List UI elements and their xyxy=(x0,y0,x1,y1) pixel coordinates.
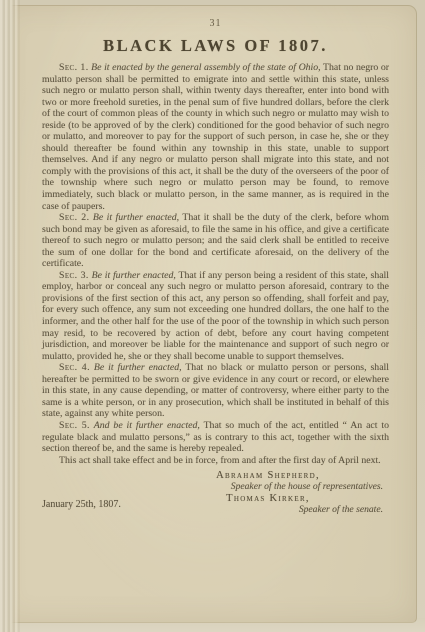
act-section: Sec. 1. Be it enacted by the general ass… xyxy=(42,62,389,212)
section-label: Sec. 4. xyxy=(59,362,90,373)
section-label: Sec. 5. xyxy=(59,420,90,431)
book-page-scan: 31 BLACK LAWS OF 1807. Sec. 1. Be it ena… xyxy=(0,0,425,632)
signatory-role: Speaker of the house of representatives. xyxy=(153,481,383,492)
section-label: Sec. 3. xyxy=(59,270,89,281)
act-section: Sec. 3. Be it further enacted, That if a… xyxy=(42,270,389,362)
act-section: Sec. 5. And be it further enacted, That … xyxy=(42,420,389,455)
signatures-block: Abraham Shepherd, Speaker of the house o… xyxy=(153,470,383,516)
section-enacting-clause: Be it further enacted, xyxy=(94,362,182,373)
section-enacting-clause: Be it further enacted, xyxy=(92,270,176,281)
section-enacting-clause: Be it enacted by the general assembly of… xyxy=(91,62,320,73)
signature: Thomas Kirker, Speaker of the senate. xyxy=(153,493,383,515)
dateline: January 25th, 1807. xyxy=(42,499,121,510)
section-text: That if any person being a resident of t… xyxy=(42,270,389,362)
signatory-role: Speaker of the senate. xyxy=(153,504,383,515)
section-label: Sec. 1. xyxy=(59,62,89,73)
page-number: 31 xyxy=(42,18,389,29)
section-enacting-clause: Be it further enacted, xyxy=(93,212,179,223)
act-body: Sec. 1. Be it enacted by the general ass… xyxy=(42,62,389,455)
signatory-name: Abraham Shepherd, xyxy=(153,470,383,481)
signature: Abraham Shepherd, Speaker of the house o… xyxy=(153,470,383,492)
signature-area: January 25th, 1807. Abraham Shepherd, Sp… xyxy=(42,470,389,526)
closing-paragraph: This act shall take effect and be in for… xyxy=(42,455,389,467)
act-section: Sec. 4. Be it further enacted, That no b… xyxy=(42,362,389,420)
document-title: BLACK LAWS OF 1807. xyxy=(42,36,389,56)
section-text: That no negro or mulatto person shall be… xyxy=(42,62,389,212)
section-enacting-clause: And be it further enacted, xyxy=(94,420,200,431)
document-page: 31 BLACK LAWS OF 1807. Sec. 1. Be it ena… xyxy=(0,5,417,623)
section-label: Sec. 2. xyxy=(59,212,89,223)
signatory-name: Thomas Kirker, xyxy=(153,493,383,504)
binding-gutter-edge xyxy=(0,0,20,632)
act-section: Sec. 2. Be it further enacted, That it s… xyxy=(42,212,389,270)
